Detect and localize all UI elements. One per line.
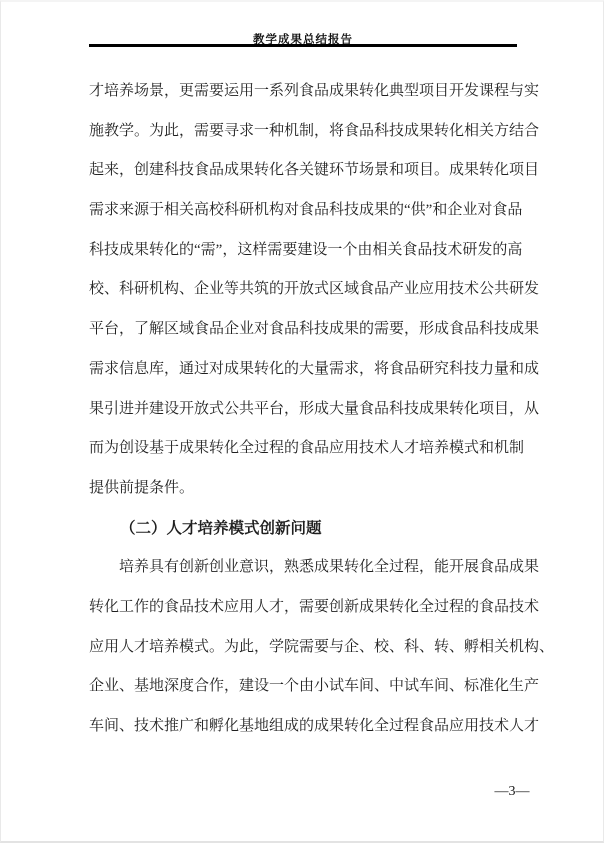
section-heading: （二）人才培养模式创新问题 (89, 509, 517, 549)
paragraph-1-line: 才培养场景，更需要运用一系列食品成果转化典型项目开发课程与实 (89, 72, 517, 112)
paragraph-1-line: 科技成果转化的“需”，这样需要建设一个由相关食品技术研发的高 (89, 231, 517, 271)
paragraph-2-line: 转化工作的食品技术应用人才，需要创新成果转化全过程的食品技术 (89, 588, 517, 628)
paragraph-1-line: 需求来源于相关高校科研机构对食品科技成果的“供”和企业对食品 (89, 191, 517, 231)
paragraph-1-line: 起来，创建科技食品成果转化各关键环节场景和项目。成果转化项目 (89, 151, 517, 191)
page-header-title: 教学成果总结报告 (253, 31, 353, 50)
paragraph-2-line: 培养具有创新创业意识，熟悉成果转化全过程，能开展食品成果 (89, 548, 517, 588)
paragraph-1-line: 提供前提条件。 (89, 469, 517, 509)
header-rule (89, 44, 517, 47)
paragraph-2-line: 企业、基地深度合作，建设一个由小试车间、中试车间、标准化生产 (89, 667, 517, 707)
paragraph-1-line: 施教学。为此，需要寻求一种机制，将食品科技成果转化相关方结合 (89, 112, 517, 152)
page-number: —3— (477, 784, 547, 800)
paragraph-1-line: 果引进并建设开放式公共平台，形成大量食品科技成果转化项目，从 (89, 390, 517, 430)
page-header: 教学成果总结报告 (89, 30, 517, 50)
paragraph-2-line: 车间、技术推广和孵化基地组成的成果转化全过程食品应用技术人才 (89, 707, 517, 747)
paragraph-1-line: 校、科研机构、企业等共筑的开放式区域食品产业应用技术公共研发 (89, 270, 517, 310)
paragraph-2-line: 应用人才培养模式。为此，学院需要与企、校、科、转、孵相关机构、 (89, 628, 517, 668)
paragraph-1-line: 平台，了解区域食品企业对食品科技成果的需要，形成食品科技成果 (89, 310, 517, 350)
document-page: 教学成果总结报告 才培养场景，更需要运用一系列食品成果转化典型项目开发课程与实 … (0, 0, 604, 843)
paragraph-1-line: 需求信息库，通过对成果转化的大量需求，将食品研究科技力量和成 (89, 350, 517, 390)
document-body: 才培养场景，更需要运用一系列食品成果转化典型项目开发课程与实 施教学。为此，需要… (89, 72, 517, 747)
paragraph-1-line: 而为创设基于成果转化全过程的食品应用技术人才培养模式和机制 (89, 429, 517, 469)
